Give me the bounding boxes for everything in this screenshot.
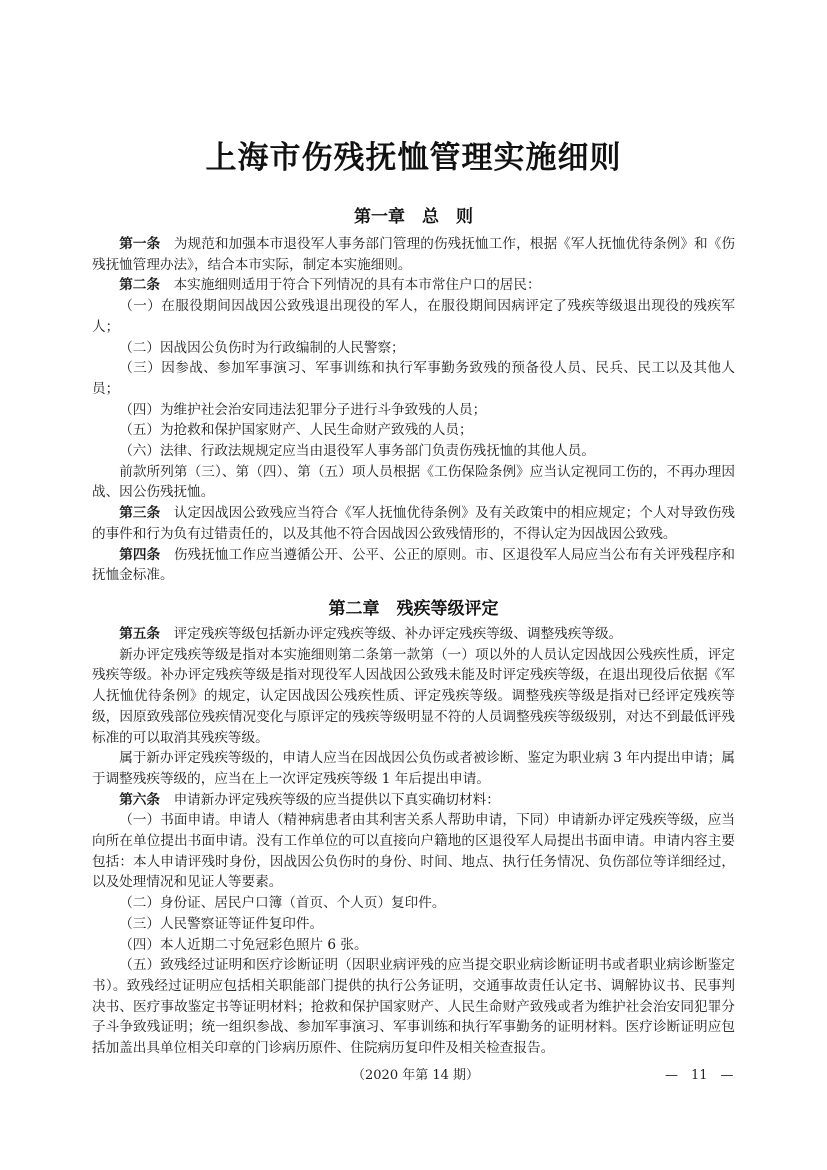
article-label: 第六条: [119, 792, 160, 808]
article-4: 第四条伤残抚恤工作应当遵循公开、公平、公正的原则。市、区退役军人局应当公布有关评…: [92, 545, 735, 586]
paragraph-item: （三）因参战、参加军事演习、军事训练和执行军事勤务致残的预备役人员、民兵、民工以…: [92, 358, 735, 399]
paragraph-item: （五）致残经过证明和医疗诊断证明（因职业病评残的应当提交职业病诊断证明书或者职业…: [92, 955, 735, 1059]
paragraph-item: （二）身份证、居民户口簿（首页、个人页）复印件。: [92, 893, 735, 914]
article-6: 第六条申请新办评定残疾等级的应当提供以下真实确切材料：: [92, 790, 735, 811]
article-5: 第五条评定残疾等级包括新办评定残疾等级、补办评定残疾等级、调整残疾等级。: [92, 624, 735, 645]
paragraph-item: （三）人民警察证等证件复印件。: [92, 914, 735, 935]
article-label: 第五条: [119, 626, 160, 642]
article-3: 第三条认定因战因公致残应当符合《军人抚恤优待条例》及有关政策中的相应规定；个人对…: [92, 503, 735, 544]
chapter-2-body: 第五条评定残疾等级包括新办评定残疾等级、补办评定残疾等级、调整残疾等级。 新办评…: [92, 624, 735, 1059]
paragraph-item: （二）因战因公负伤时为行政编制的人民警察；: [92, 338, 735, 359]
chapter-1-body: 第一条为规范和加强本市退役军人事务部门管理的伤残抚恤工作，根据《军人抚恤优待条例…: [92, 234, 735, 586]
article-1: 第一条为规范和加强本市退役军人事务部门管理的伤残抚恤工作，根据《军人抚恤优待条例…: [92, 234, 735, 275]
document-title: 上海市伤残抚恤管理实施细则: [0, 132, 827, 177]
page-number: — 11 —: [665, 1064, 734, 1083]
paragraph-item: （五）为抢救和保护国家财产、人民生命财产致残的人员；: [92, 420, 735, 441]
footer-issue: （2020 年第 14 期）: [352, 1064, 479, 1083]
chapter-1-heading: 第一章 总 则: [0, 202, 827, 227]
paragraph-item: 属于新办评定残疾等级的，申请人应当在因战因公负伤或者被诊断、鉴定为职业病 3 年…: [92, 748, 735, 789]
paragraph-item: （一）在服役期间因战因公致残退出现役的军人，在服役期间因病评定了残疾等级退出现役…: [92, 296, 735, 337]
paragraph-item: （六）法律、行政法规规定应当由退役军人事务部门负责伤残抚恤的其他人员。: [92, 441, 735, 462]
paragraph-item: （四）为维护社会治安同违法犯罪分子进行斗争致残的人员；: [92, 400, 735, 421]
article-label: 第二条: [119, 277, 160, 293]
article-label: 第三条: [119, 505, 160, 521]
paragraph-item: （一）书面申请。申请人（精神病患者由其利害关系人帮助申请，下同）申请新办评定残疾…: [92, 810, 735, 893]
article-label: 第四条: [119, 547, 160, 563]
paragraph-item: 前款所列第（三）、第（四）、第（五）项人员根据《工伤保险条例》应当认定视同工伤的…: [92, 462, 735, 503]
chapter-2-heading: 第二章 残疾等级评定: [0, 594, 827, 619]
article-label: 第一条: [119, 236, 160, 252]
paragraph-item: （四）本人近期二寸免冠彩色照片 6 张。: [92, 935, 735, 956]
paragraph-item: 新办评定残疾等级是指对本实施细则第二条第一款第（一）项以外的人员认定因战因公残疾…: [92, 645, 735, 749]
article-2: 第二条本实施细则适用于符合下列情况的具有本市常住户口的居民：: [92, 275, 735, 296]
